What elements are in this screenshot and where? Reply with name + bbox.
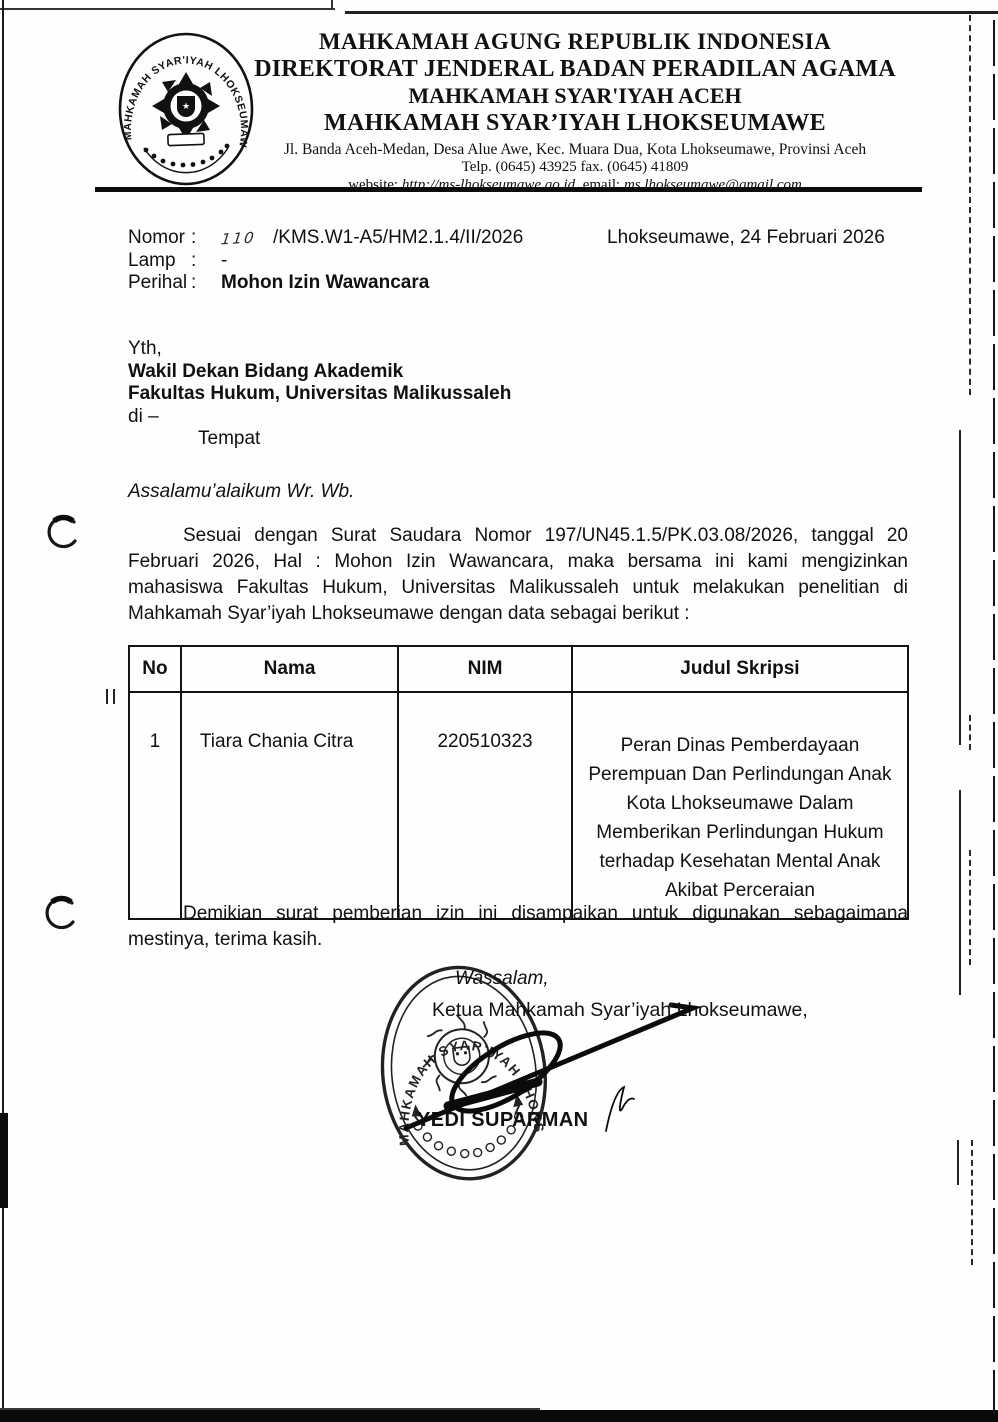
header-no: No [129, 646, 181, 692]
scan-artifact-left-edge-line [2, 0, 4, 1422]
letterhead-line3: MAHKAMAH SYAR'IYAH ACEH [225, 83, 925, 109]
cell-judul: Peran Dinas Pemberdayaan Perempuan Dan P… [572, 692, 908, 919]
lamp-label: Lamp [128, 250, 188, 273]
scan-artifact-bottom-thin-line [0, 1408, 540, 1410]
letterhead-divider [95, 187, 922, 192]
recipient-line3: di – [128, 406, 511, 429]
letterhead-line1: MAHKAMAH AGUNG REPUBLIK INDONESIA [225, 28, 925, 55]
recipient-line1: Wakil Dekan Bidang Akademik [128, 361, 511, 384]
handwritten-signature [388, 980, 728, 1140]
svg-text:★: ★ [182, 101, 190, 111]
islamic-greeting: Assalamu’alaikum Wr. Wb. [128, 481, 354, 503]
letterhead: MAHKAMAH AGUNG REPUBLIK INDONESIA DIREKT… [225, 28, 925, 194]
nomor-value: /KMS.W1-A5/HM2.1.4/II/2026 [273, 227, 523, 250]
city-and-date: Lhokseumawe, 24 Februari 2026 [607, 227, 885, 249]
perihal-row: Perihal : Mohon Izin Wawancara [128, 272, 523, 295]
scan-artifact-right-line-a2 [959, 790, 961, 995]
perihal-value: Mohon Izin Wawancara [221, 272, 429, 295]
header-judul: Judul Skripsi [572, 646, 908, 692]
header-nim: NIM [398, 646, 572, 692]
letter-meta: Nomor : 110 /KMS.W1-A5/HM2.1.4/II/2026 L… [128, 227, 523, 295]
table-header-row: No Nama NIM Judul Skripsi [129, 646, 908, 692]
recipient-salutation: Yth, [128, 338, 511, 361]
logo-emblem: ★ [152, 72, 220, 140]
letterhead-line2: DIREKTORAT JENDERAL BADAN PERADILAN AGAM… [225, 55, 925, 83]
scan-artifact-left-blob [0, 1113, 8, 1208]
cell-no: 1 [129, 692, 181, 919]
scan-artifact-top-line-left [0, 8, 335, 10]
nomor-colon: : [188, 227, 221, 250]
cell-nama: Tiara Chania Citra [181, 692, 398, 919]
lamp-row: Lamp : - [128, 250, 523, 273]
signature-flourish [602, 1083, 638, 1135]
body-paragraph-2: Demikian surat pemberian izin ini disamp… [128, 901, 908, 953]
student-table: No Nama NIM Judul Skripsi 1 Tiara Chania… [128, 645, 909, 920]
header-nama: Nama [181, 646, 398, 692]
scan-artifact-right-line-a3 [957, 1140, 959, 1185]
nomor-handwritten-number: 110 [220, 226, 275, 251]
scan-artifact-small-marks [106, 689, 115, 704]
punch-hole-mark-bottom [40, 891, 84, 937]
recipient-line2: Fakultas Hukum, Universitas Malikussaleh [128, 383, 511, 406]
scan-artifact-bottom-bar [0, 1410, 998, 1422]
nomor-label: Nomor [128, 227, 188, 250]
letterhead-line4: MAHKAMAH SYAR’IYAH LHOKSEUMAWE [225, 109, 925, 137]
nomor-row: Nomor : 110 /KMS.W1-A5/HM2.1.4/II/2026 [128, 227, 523, 250]
lamp-colon: : [188, 250, 221, 273]
scan-artifact-right-dashes-3 [969, 850, 971, 965]
table-row: 1 Tiara Chania Citra 220510323 Peran Din… [129, 692, 908, 919]
scan-artifact-right-line-a1 [959, 430, 961, 745]
letterhead-phone: Telp. (0645) 43925 fax. (0645) 41809 [225, 159, 925, 177]
letterhead-address: Jl. Banda Aceh-Medan, Desa Alue Awe, Kec… [225, 141, 925, 159]
recipient-block: Yth, Wakil Dekan Bidang Akademik Fakulta… [128, 338, 511, 451]
punch-hole-mark-top [42, 510, 86, 556]
recipient-line4: Tempat [128, 428, 511, 451]
scanned-letter-page: MAHKAMAH SYAR'IYAH LHOKSEUMAWE ★ [0, 0, 998, 1422]
scan-artifact-right-dashes-1 [969, 15, 971, 395]
perihal-colon: : [188, 272, 221, 295]
scan-artifact-top-tick [331, 0, 333, 10]
perihal-label: Perihal [128, 272, 188, 295]
body-paragraph-1: Sesuai dengan Surat Saudara Nomor 197/UN… [128, 523, 908, 627]
lamp-value: - [221, 250, 227, 273]
scan-artifact-right-dashes-2 [969, 715, 971, 750]
scan-artifact-top-line-right [345, 11, 998, 14]
scan-artifact-right-dashes-4 [971, 1140, 973, 1265]
scan-artifact-right-long-line [993, 20, 995, 1415]
logo-garland [144, 133, 230, 172]
cell-nim: 220510323 [398, 692, 572, 919]
